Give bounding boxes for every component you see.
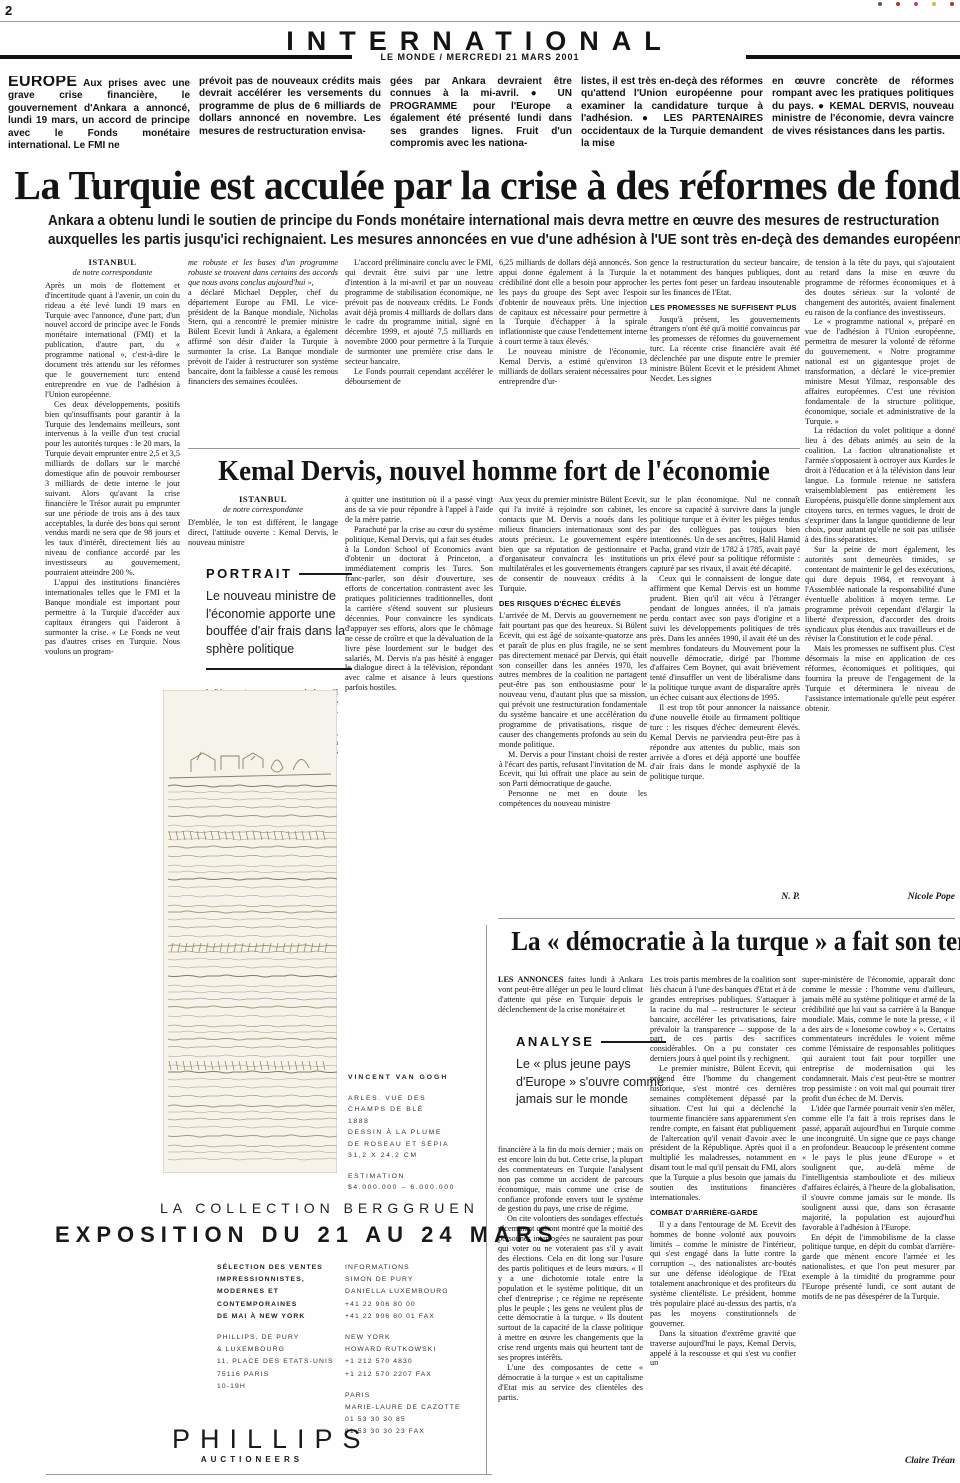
- header-rule: [0, 21, 960, 22]
- article2-column-b: à quitter une institution où il a passé …: [345, 495, 493, 900]
- article2-column-d: sur le plan économique. Nul ne connaît e…: [650, 495, 800, 890]
- article3-column-b: Les trois partis membres de la coalition…: [650, 975, 796, 1478]
- article2-headline: Kemal Dervis, nouvel homme fort de l'éco…: [200, 456, 788, 488]
- paragraph: On cite volontiers des sondages effectué…: [498, 1214, 643, 1363]
- ad-sale-details: SÉLECTION DES VENTESIMPRESSIONNISTES,MOD…: [217, 1262, 357, 1393]
- ad-line: MODERNES ET: [217, 1286, 357, 1298]
- paragraph: financière à la fin du mois dernier ; ma…: [498, 1145, 643, 1214]
- ad-caption: VINCENT VAN GOGHARLES. VUE DESCHAMPS DE …: [348, 1072, 455, 1194]
- article1-byline: Nicole Pope: [805, 892, 955, 902]
- summary-column-4: listes, il est très en-deçà des réformes…: [581, 76, 763, 166]
- ad-line: PHILLIPS, DE PURY: [217, 1332, 357, 1344]
- paragraph: gence la restructuration du secteur banc…: [650, 258, 800, 298]
- paragraph: sur le plan économique. Nul ne connaît e…: [650, 495, 800, 574]
- ad-line: PARIS: [345, 1390, 485, 1402]
- ad-line: DE MAI À NEW YORK: [217, 1311, 357, 1323]
- paragraph: me robuste et les bases d'un programme r…: [188, 258, 338, 288]
- paragraph: ISTANBUL: [45, 258, 180, 268]
- registration-marks: [864, 2, 954, 20]
- paragraph: Parachuté par la crise au cœur du systèm…: [345, 525, 493, 693]
- analyse-text: Le « plus jeune pays d'Europe » s'ouvre …: [516, 1056, 666, 1109]
- main-deck-line-2: auxquelles les partis jusqu'ici rechigna…: [48, 230, 912, 249]
- paragraph: Dans la situation d'extrême gravité que …: [650, 1329, 796, 1369]
- article1-column-2: me robuste et les bases d'un programme r…: [188, 258, 338, 451]
- caption-line: ARLES. VUE DES: [348, 1093, 455, 1105]
- caption-line: CHAMPS DE BLÉ: [348, 1104, 455, 1116]
- article3-column-c: super-ministère de l'économie, apparaît …: [802, 975, 955, 1453]
- newspaper-page: { "header": { "page_number": "2", "secti…: [0, 0, 960, 1483]
- ad-line: SÉLECTION DES VENTES: [217, 1262, 357, 1274]
- summary-column-5: en œuvre concrète de réformes rompant av…: [772, 76, 954, 166]
- registration-dot: [950, 2, 954, 6]
- masthead-rule-right: [746, 55, 960, 59]
- paragraph: L'idée que l'armée pourrait venir s'en m…: [802, 1104, 955, 1233]
- article3-headline: La « démocratie à la turque » a fait son…: [511, 926, 943, 957]
- paragraph: Jusqu'à présent, les gouvernements étran…: [650, 315, 800, 384]
- paragraph: L'arrivée de M. Dervis au gouvernement n…: [499, 611, 647, 750]
- article2-column-a-top: ISTANBULde notre correspondanteD'emblée,…: [188, 495, 338, 561]
- paragraph: Le nouveau ministre de l'économie, Kemal…: [499, 347, 647, 387]
- ad-line: +1 212 570 4830: [345, 1356, 485, 1368]
- paragraph: de tension à la tête du pays, qui s'ajou…: [805, 258, 955, 317]
- paragraph: Aux yeux du premier ministre Bülent Ecev…: [499, 495, 647, 594]
- ad-line: CONTEMPORAINES: [217, 1299, 357, 1311]
- caption-line: ESTIMATION: [348, 1171, 455, 1183]
- paragraph: DES RISQUES D'ÉCHEC ÉLEVÉS: [499, 599, 647, 609]
- portrait-text: Le nouveau ministre de l'économie apport…: [206, 588, 352, 658]
- paragraph: D'emblée, le ton est différent, le langa…: [188, 518, 338, 548]
- masthead-rule-left: [0, 55, 352, 59]
- paragraph: de notre correspondante: [188, 505, 338, 515]
- ad-line: HOWARD RUTKOWSKI: [345, 1344, 485, 1356]
- ad-collection-title: LA COLLECTION BERGGRUEN: [160, 1200, 460, 1216]
- paragraph: COMBAT D'ARRIÈRE-GARDE: [650, 1208, 796, 1218]
- registration-dot: [932, 2, 936, 6]
- ad-divider-rule: [486, 925, 487, 1474]
- ad-contact-details: INFORMATIONSSIMON DE PURYDANIELLA LUXEMB…: [345, 1262, 485, 1439]
- paragraph: 6,25 milliards de dollars déjà annoncés.…: [499, 258, 647, 347]
- paragraph: a déclaré Michael Deppler, chef du dépar…: [188, 288, 338, 387]
- ad-line: 75116 PARIS: [217, 1369, 357, 1381]
- caption-line: 1888: [348, 1116, 455, 1128]
- paragraph: Les trois partis membres de la coalition…: [650, 975, 796, 1064]
- paragraph: M. Dervis a pour l'instant choisi de res…: [499, 750, 647, 790]
- paragraph: ISTANBUL: [188, 495, 338, 505]
- paragraph: de notre correspondante: [45, 268, 180, 278]
- article3-top-rule: [498, 918, 955, 919]
- article1-column-4: 6,25 milliards de dollars déjà annoncés.…: [499, 258, 647, 451]
- ad-line: INFORMATIONS: [345, 1262, 485, 1274]
- article1-column-1: ISTANBULde notre correspondanteAprès un …: [45, 258, 180, 706]
- article3-column-a-top: LES ANNONCES faites lundi à Ankara vont …: [498, 975, 643, 1030]
- article3-byline: Claire Tréan: [802, 1456, 955, 1466]
- paragraph: L'appui des institutions financières int…: [45, 578, 180, 657]
- paragraph: Le Fonds pourrait cependant accélérer le…: [345, 367, 493, 387]
- page-number: 2: [5, 3, 12, 18]
- ad-line: +41 22 906 80 00: [345, 1299, 485, 1311]
- ad-line: 11, PLACE DES ETATS-UNIS: [217, 1356, 357, 1368]
- phillips-logo: PHILLIPS: [172, 1424, 371, 1455]
- paragraph: Il est trop tôt pour annoncer la naissan…: [650, 703, 800, 782]
- paragraph: La rédaction du volet politique a donné …: [805, 426, 955, 545]
- registration-dot: [878, 2, 882, 6]
- paragraph: Après un mois de flottement et d'incerti…: [45, 281, 180, 400]
- summary-column-1: EUROPE Aux prises avec une grave crise f…: [8, 76, 190, 166]
- article2-column-c: Aux yeux du premier ministre Bülent Ecev…: [499, 495, 647, 900]
- paragraph: L'accord préliminaire conclu avec le FMI…: [345, 258, 493, 367]
- paragraph: Il y a dans l'entourage de M. Ecevit des…: [650, 1220, 796, 1329]
- caption-line: 31,2 X 24,2 CM: [348, 1150, 455, 1162]
- article1-column-3: L'accord préliminaire conclu avec le FMI…: [345, 258, 493, 451]
- ad-line: MARIE-LAURE DE CAZOTTE: [345, 1402, 485, 1414]
- main-headline: La Turquie est acculée par la crise à de…: [14, 161, 945, 209]
- article2-top-rule: [188, 448, 800, 449]
- caption-line: DE ROSEAU ET SÉPIA: [348, 1139, 455, 1151]
- portrait-box: PORTRAIT Le nouveau ministre de l'économ…: [206, 566, 352, 670]
- ad-line: SIMON DE PURY: [345, 1274, 485, 1286]
- caption-line: VINCENT VAN GOGH: [348, 1072, 455, 1084]
- article3-lead: LES ANNONCES: [498, 975, 563, 984]
- ad-line: NEW YORK: [345, 1332, 485, 1344]
- ad-bottom-rule: [46, 1474, 492, 1475]
- main-deck-line-1: Ankara a obtenu lundi le soutien de prin…: [48, 211, 912, 230]
- ad-line: DANIELLA LUXEMBOURG: [345, 1286, 485, 1298]
- caption-line: $4.000.000 – 6.000.000: [348, 1182, 455, 1194]
- paragraph: Ces deux développements, positifs bien q…: [45, 400, 180, 578]
- article1-column-5: gence la restructuration du secteur banc…: [650, 258, 800, 451]
- summary-column-2: prévoit pas de nouveaux crédits mais dev…: [199, 76, 381, 166]
- ad-line: & LUXEMBOURG: [217, 1344, 357, 1356]
- paragraph: Le « programme national », préparé en vu…: [805, 317, 955, 426]
- caption-line: DESSIN À LA PLUME: [348, 1127, 455, 1139]
- analyse-box: ANALYSE Le « plus jeune pays d'Europe » …: [516, 1034, 666, 1109]
- article1-column-6: de tension à la tête du pays, qui s'ajou…: [805, 258, 955, 898]
- paragraph: L'une des composantes de cette « démocra…: [498, 1363, 643, 1403]
- registration-dot: [896, 2, 900, 6]
- paragraph: Le premier ministre, Bülent Ecevit, qui …: [650, 1064, 796, 1203]
- registration-dot: [914, 2, 918, 6]
- phillips-logo-subtitle: AUCTIONEERS: [172, 1455, 332, 1464]
- paragraph: Mais les promesses ne suffisent plus. C'…: [805, 644, 955, 713]
- paragraph: LES PROMESSES NE SUFFISENT PLUS: [650, 303, 800, 313]
- article3-column-a-bottom: financière à la fin du mois dernier ; ma…: [498, 1145, 643, 1478]
- paragraph: Ceux qui le connaissent de longue date a…: [650, 574, 800, 703]
- summary-column-3: gées par Ankara devraient être connues à…: [390, 76, 572, 166]
- paragraph: Sur la peine de mort également, les auto…: [805, 545, 955, 644]
- ad-line: +1 212 570 2207 FAX: [345, 1369, 485, 1381]
- summary-lead: EUROPE: [8, 76, 77, 90]
- paragraph: En dépit de l'immobilisme de la classe p…: [802, 1233, 955, 1302]
- van-gogh-drawing: [163, 690, 337, 1173]
- portrait-label: PORTRAIT: [206, 566, 352, 581]
- ad-exposition-title: EXPOSITION DU 21 AU 24 MARS: [55, 1222, 558, 1248]
- ad-line: IMPRESSIONNISTES,: [217, 1274, 357, 1286]
- article2-byline: N. P.: [650, 892, 800, 902]
- ad-line: +41 22 906 80 01 FAX: [345, 1311, 485, 1323]
- ad-line: 10-19H: [217, 1381, 357, 1393]
- paragraph: super-ministère de l'économie, apparaît …: [802, 975, 955, 1104]
- analyse-label: ANALYSE: [516, 1034, 666, 1049]
- paragraph: à quitter une institution où il a passé …: [345, 495, 493, 525]
- paragraph: Personne ne met en doute les compétences…: [499, 789, 647, 809]
